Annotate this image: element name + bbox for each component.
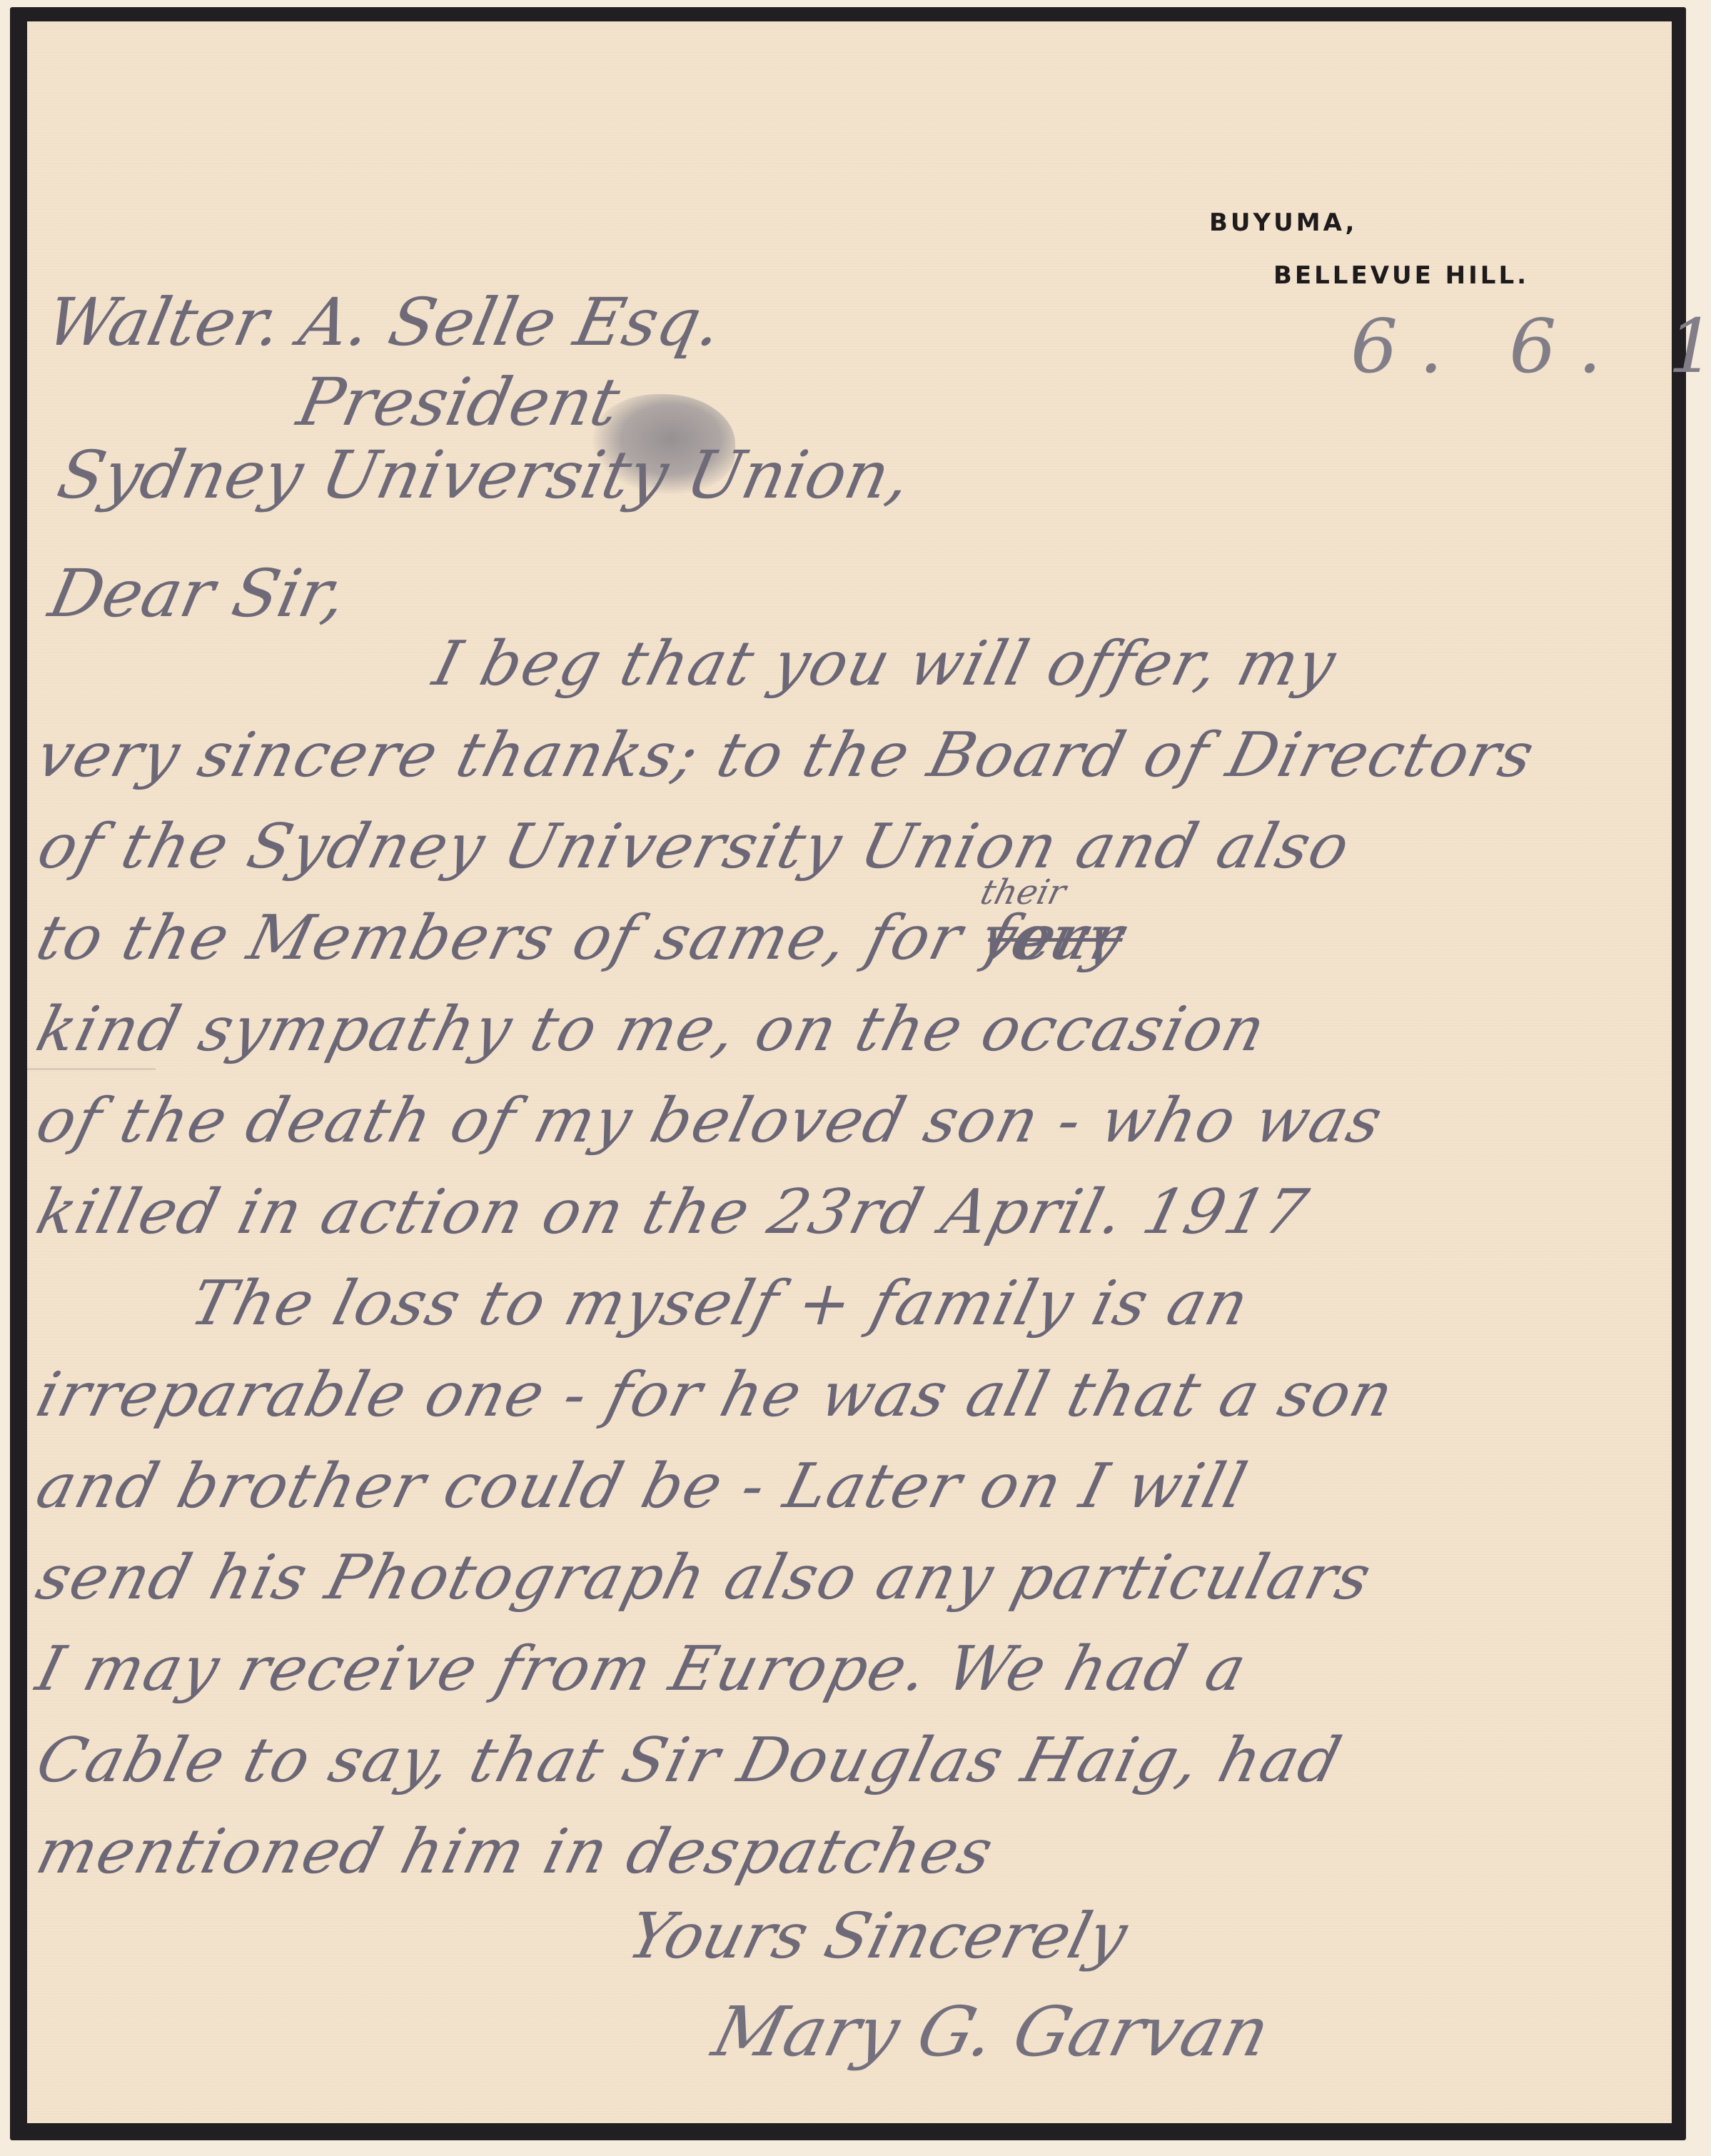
body-line: killed in action on the 23rd April. 1917 xyxy=(30,1177,1316,1248)
body-line: of the death of my beloved son - who was xyxy=(30,1085,1390,1157)
body-line: Cable to say, that Sir Douglas Haig, had xyxy=(30,1725,1349,1796)
body-line: kind sympathy to me, on the occasion xyxy=(30,994,1273,1065)
struck-word: four xyxy=(980,902,1132,974)
body-line: to the Members of same, for very xyxy=(30,902,1133,974)
addressee-name: Walter. A. Selle Esq. xyxy=(40,284,729,361)
letterhead-street: BELLEVUE HILL. xyxy=(1273,261,1529,290)
body-line: send his Photograph also any particulars xyxy=(30,1542,1379,1613)
letter-sheet: BUYUMA, BELLEVUE HILL. 6. 6. 17 Walter. … xyxy=(0,0,1711,2156)
letterhead-house-name: BUYUMA, xyxy=(1209,208,1357,237)
salutation: Dear Sir, xyxy=(43,555,353,632)
body-line: irreparable one - for he was all that a … xyxy=(30,1359,1402,1431)
body-line: mentioned him in despatches xyxy=(30,1816,1001,1888)
body-line: and brother could be - Later on I will xyxy=(30,1451,1255,1522)
fold-crease xyxy=(27,1068,156,1070)
addressee-title: President xyxy=(291,364,626,440)
correction-struck: four xyxy=(980,902,1132,974)
body-line: of the Sydney University Union and also xyxy=(31,811,1358,882)
letter-date: 6. 6. 17 xyxy=(1351,303,1711,390)
body-line: I beg that you will offer, my xyxy=(427,628,1344,700)
body-line: The loss to myself + family is an xyxy=(184,1268,1257,1339)
body-line: very sincere thanks; to the Board of Dir… xyxy=(30,720,1543,791)
signature: Mary G. Garvan xyxy=(705,1992,1278,2072)
closing: Yours Sincerely xyxy=(621,1899,1134,1973)
addressee-organisation: Sydney University Union, xyxy=(51,437,917,513)
body-line: I may receive from Europe. We had a xyxy=(30,1633,1255,1705)
